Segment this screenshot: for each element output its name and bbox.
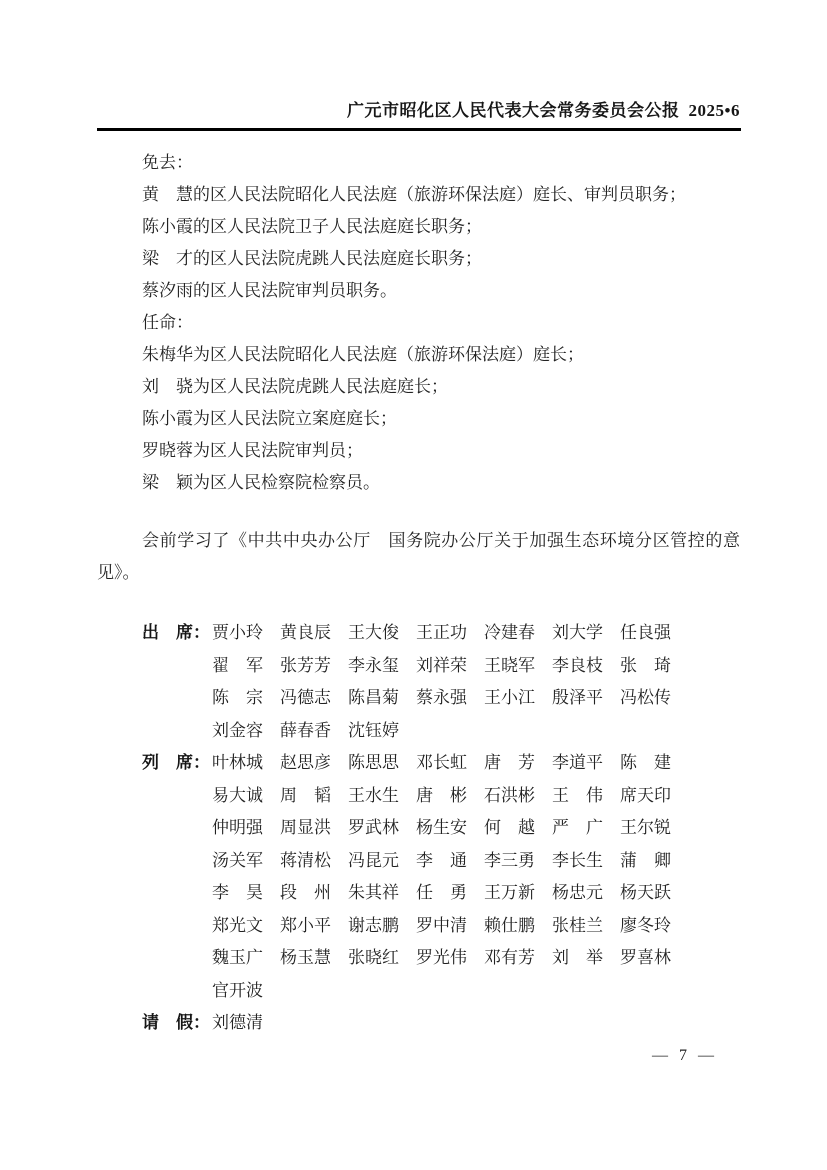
bulletin-page: 广元市昭化区人民代表大会常务委员会公报2025•6 免去： 黄 慧的区人民法院昭… [0, 0, 827, 1170]
attendee-name: 冯昆元 [348, 845, 399, 878]
attendance-names: 陈 宗冯德志陈昌菊蔡永强王小江殷泽平冯松传 [212, 682, 688, 715]
attendance-label [142, 650, 212, 683]
attendee-name: 唐 芳 [484, 747, 535, 780]
dismissal-line: 陈小霞的区人民法院卫子人民法庭庭长职务； [142, 211, 740, 243]
attendee-name: 郑光文 [212, 910, 263, 943]
attendee-name: 罗光伟 [416, 942, 467, 975]
attendance-group-observers: 列 席：叶林城赵思彦陈思思邓长虹唐 芳李道平陈 建易大诚周 韬王水生唐 彬石洪彬… [97, 747, 740, 1007]
attendance-row: 仲明强周显洪罗武林杨生安何 越严 广王尔锐 [97, 812, 740, 845]
attendee-name: 冷建春 [484, 617, 535, 650]
attendance-row: 请 假：刘德清 [97, 1007, 740, 1040]
attendee-name: 冯德志 [280, 682, 331, 715]
attendance-names: 刘德清 [212, 1007, 688, 1040]
attendee-name: 任良强 [620, 617, 671, 650]
attendee-name: 廖冬玲 [620, 910, 671, 943]
document-body: 免去： 黄 慧的区人民法院昭化人民法庭（旅游环保法庭）庭长、审判员职务； 陈小霞… [97, 147, 740, 1040]
attendee-name: 李长生 [552, 845, 603, 878]
attendee-name: 杨天跃 [620, 877, 671, 910]
attendee-name: 石洪彬 [484, 780, 535, 813]
attendee-name: 邓长虹 [416, 747, 467, 780]
attendance-names: 易大诚周 韬王水生唐 彬石洪彬王 伟席天印 [212, 780, 688, 813]
attendee-name: 张 琦 [620, 650, 671, 683]
appointments-dismissals-block: 免去： 黄 慧的区人民法院昭化人民法庭（旅游环保法庭）庭长、审判员职务； 陈小霞… [97, 147, 740, 499]
attendee-name: 冯松传 [620, 682, 671, 715]
attendee-name: 周 韬 [280, 780, 331, 813]
attendance-row: 刘金容薛春香沈钰婷 [97, 715, 740, 748]
appointment-line: 朱梅华为区人民法院昭化人民法庭（旅游环保法庭）庭长； [142, 339, 740, 371]
attendee-name: 王尔锐 [620, 812, 671, 845]
attendee-name: 陈 宗 [212, 682, 263, 715]
attendee-name: 郑小平 [280, 910, 331, 943]
attendee-name: 李 通 [416, 845, 467, 878]
attendance-label [142, 910, 212, 943]
attendee-name: 张晓红 [348, 942, 399, 975]
dismissal-heading: 免去： [142, 147, 740, 179]
attendee-name: 李 昊 [212, 877, 263, 910]
attendance-names: 李 昊段 州朱其祥任 勇王万新杨忠元杨天跃 [212, 877, 688, 910]
header-rule [97, 128, 741, 131]
attendee-name: 张桂兰 [552, 910, 603, 943]
attendee-name: 陈 建 [620, 747, 671, 780]
attendee-name: 何 越 [484, 812, 535, 845]
attendee-name: 王水生 [348, 780, 399, 813]
attendee-name: 刘 举 [552, 942, 603, 975]
attendee-name: 殷泽平 [552, 682, 603, 715]
attendee-name: 王正功 [416, 617, 467, 650]
attendance-label: 请 假： [142, 1007, 212, 1040]
attendee-name: 黄良辰 [280, 617, 331, 650]
attendance-label [142, 715, 212, 748]
page-number: — 7 — [97, 1046, 740, 1066]
attendance-row: 易大诚周 韬王水生唐 彬石洪彬王 伟席天印 [97, 780, 740, 813]
appointment-line: 陈小霞为区人民法院立案庭庭长； [142, 403, 740, 435]
attendee-name: 翟 军 [212, 650, 263, 683]
attendance-names: 贾小玲黄良辰王大俊王正功冷建春刘大学任良强 [212, 617, 688, 650]
attendance-label [142, 780, 212, 813]
attendance-row: 陈 宗冯德志陈昌菊蔡永强王小江殷泽平冯松传 [97, 682, 740, 715]
attendee-name: 王 伟 [552, 780, 603, 813]
attendee-name: 刘祥荣 [416, 650, 467, 683]
attendee-name: 陈思思 [348, 747, 399, 780]
attendee-name: 王小江 [484, 682, 535, 715]
attendance-names: 刘金容薛春香沈钰婷 [212, 715, 688, 748]
attendee-name: 唐 彬 [416, 780, 467, 813]
appointment-line: 罗晓蓉为区人民法院审判员； [142, 435, 740, 467]
attendee-name: 薛春香 [280, 715, 331, 748]
attendee-name: 汤关军 [212, 845, 263, 878]
pre-meeting-study-paragraph: 会前学习了《中共中央办公厅 国务院办公厅关于加强生态环境分区管控的意见》。 [97, 525, 740, 589]
attendee-name: 王晓军 [484, 650, 535, 683]
attendee-name: 李永玺 [348, 650, 399, 683]
attendee-name: 叶林城 [212, 747, 263, 780]
attendance-names: 汤关军蒋清松冯昆元李 通李三勇李长生蒲 卿 [212, 845, 688, 878]
attendee-name: 罗喜林 [620, 942, 671, 975]
attendance-names: 仲明强周显洪罗武林杨生安何 越严 广王尔锐 [212, 812, 688, 845]
attendance-label [142, 942, 212, 975]
attendee-name: 张芳芳 [280, 650, 331, 683]
attendance-row: 汤关军蒋清松冯昆元李 通李三勇李长生蒲 卿 [97, 845, 740, 878]
appointment-line: 梁 颖为区人民检察院检察员。 [142, 467, 740, 499]
attendance-group-on-leave: 请 假：刘德清 [97, 1007, 740, 1040]
attendee-name: 罗中清 [416, 910, 467, 943]
attendance-row: 李 昊段 州朱其祥任 勇王万新杨忠元杨天跃 [97, 877, 740, 910]
bulletin-title: 广元市昭化区人民代表大会常务委员会公报 [347, 101, 680, 120]
attendee-name: 贾小玲 [212, 617, 263, 650]
attendee-name: 朱其祥 [348, 877, 399, 910]
attendee-name: 刘德清 [212, 1007, 263, 1040]
attendee-name: 杨生安 [416, 812, 467, 845]
attendance-label [142, 682, 212, 715]
attendee-name: 罗武林 [348, 812, 399, 845]
attendance-label [142, 877, 212, 910]
attendance-label [142, 975, 212, 1008]
attendee-name: 任 勇 [416, 877, 467, 910]
attendance-label: 列 席： [142, 747, 212, 780]
attendance-names: 翟 军张芳芳李永玺刘祥荣王晓军李良枝张 琦 [212, 650, 688, 683]
attendance-row: 出 席：贾小玲黄良辰王大俊王正功冷建春刘大学任良强 [97, 617, 740, 650]
attendee-name: 官开波 [212, 975, 263, 1008]
attendee-name: 李三勇 [484, 845, 535, 878]
attendee-name: 陈昌菊 [348, 682, 399, 715]
attendee-name: 仲明强 [212, 812, 263, 845]
attendance-names: 郑光文郑小平谢志鹏罗中清赖仕鹏张桂兰廖冬玲 [212, 910, 688, 943]
attendee-name: 邓有芳 [484, 942, 535, 975]
attendee-name: 杨忠元 [552, 877, 603, 910]
attendance-list: 出 席：贾小玲黄良辰王大俊王正功冷建春刘大学任良强翟 军张芳芳李永玺刘祥荣王晓军… [97, 617, 740, 1040]
attendee-name: 王大俊 [348, 617, 399, 650]
attendee-name: 谢志鹏 [348, 910, 399, 943]
page-header: 广元市昭化区人民代表大会常务委员会公报2025•6 [97, 0, 740, 122]
appointment-line: 刘 骁为区人民法院虎跳人民法庭庭长； [142, 371, 740, 403]
attendance-label [142, 845, 212, 878]
attendee-name: 蒋清松 [280, 845, 331, 878]
attendance-label: 出 席： [142, 617, 212, 650]
attendee-name: 段 州 [280, 877, 331, 910]
attendee-name: 赵思彦 [280, 747, 331, 780]
attendee-name: 李良枝 [552, 650, 603, 683]
attendance-group-present: 出 席：贾小玲黄良辰王大俊王正功冷建春刘大学任良强翟 军张芳芳李永玺刘祥荣王晓军… [97, 617, 740, 747]
attendance-row: 翟 军张芳芳李永玺刘祥荣王晓军李良枝张 琦 [97, 650, 740, 683]
dismissal-line: 蔡汐雨的区人民法院审判员职务。 [142, 275, 740, 307]
attendance-names: 魏玉广杨玉慧张晓红罗光伟邓有芳刘 举罗喜林 [212, 942, 688, 975]
attendee-name: 席天印 [620, 780, 671, 813]
attendee-name: 易大诚 [212, 780, 263, 813]
attendee-name: 沈钰婷 [348, 715, 399, 748]
dismissal-line: 黄 慧的区人民法院昭化人民法庭（旅游环保法庭）庭长、审判员职务； [142, 179, 740, 211]
attendance-row: 魏玉广杨玉慧张晓红罗光伟邓有芳刘 举罗喜林 [97, 942, 740, 975]
attendee-name: 刘大学 [552, 617, 603, 650]
appointment-heading: 任命： [142, 307, 740, 339]
attendance-names: 叶林城赵思彦陈思思邓长虹唐 芳李道平陈 建 [212, 747, 688, 780]
dismissal-line: 梁 才的区人民法院虎跳人民法庭庭长职务； [142, 243, 740, 275]
attendee-name: 严 广 [552, 812, 603, 845]
attendance-label [142, 812, 212, 845]
attendee-name: 赖仕鹏 [484, 910, 535, 943]
attendance-row: 郑光文郑小平谢志鹏罗中清赖仕鹏张桂兰廖冬玲 [97, 910, 740, 943]
attendee-name: 刘金容 [212, 715, 263, 748]
attendance-row: 列 席：叶林城赵思彦陈思思邓长虹唐 芳李道平陈 建 [97, 747, 740, 780]
bulletin-issue-number: 2025•6 [689, 101, 740, 120]
attendee-name: 王万新 [484, 877, 535, 910]
attendee-name: 李道平 [552, 747, 603, 780]
attendee-name: 杨玉慧 [280, 942, 331, 975]
attendee-name: 魏玉广 [212, 942, 263, 975]
attendee-name: 蒲 卿 [620, 845, 671, 878]
attendance-names: 官开波 [212, 975, 688, 1008]
attendance-row: 官开波 [97, 975, 740, 1008]
attendee-name: 周显洪 [280, 812, 331, 845]
attendee-name: 蔡永强 [416, 682, 467, 715]
